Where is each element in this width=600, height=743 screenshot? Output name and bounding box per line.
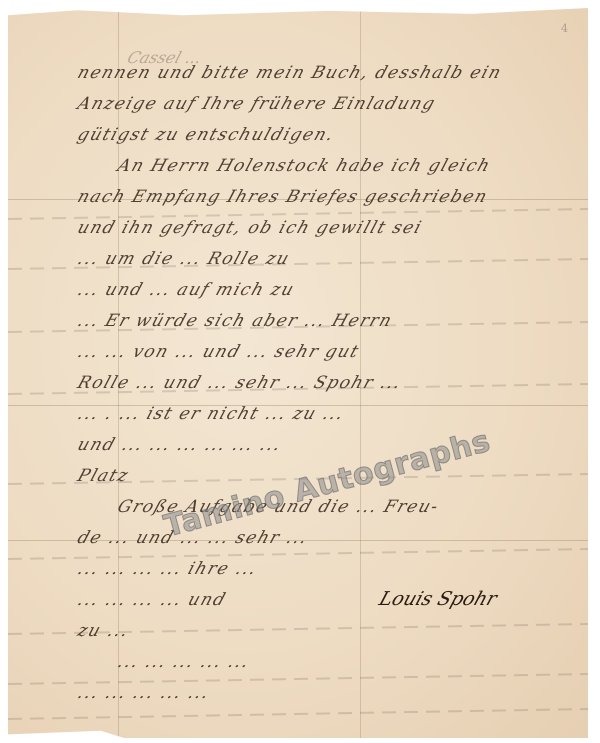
handwritten-line: und ihn gefragt, ob ich gewillt sei (73, 213, 563, 244)
handwritten-line: ... ... ... ... ... (73, 647, 563, 678)
handwritten-line: de ... und ... ... sehr ... (73, 523, 563, 554)
letter-body: nennen und bitte mein Buch, desshalb ein… (78, 58, 558, 709)
handwritten-line: An Herrn Holenstock habe ich gleich (73, 151, 563, 182)
handwritten-line: ... ... ... ... ihre ... (73, 554, 563, 585)
handwritten-line: zu ... (73, 616, 563, 647)
signature: Louis Spohr (376, 588, 499, 610)
handwritten-line: ... ... von ... und ... sehr gut (73, 337, 563, 368)
handwritten-line: Anzeige auf Ihre frühere Einladung (73, 89, 563, 120)
handwritten-line: ... . ... ist er nicht ... zu ... (73, 399, 563, 430)
handwritten-line: nach Empfang Ihres Briefes geschrieben (73, 182, 563, 213)
handwritten-line: nennen und bitte mein Buch, desshalb ein (73, 58, 563, 89)
corner-page-number: 4 (561, 22, 568, 35)
handwritten-line: ... um die ... Rolle zu (73, 244, 563, 275)
handwritten-line: gütigst zu entschuldigen. (73, 120, 563, 151)
handwritten-line: ... und ... auf mich zu (73, 275, 563, 306)
ink-bleed-through (8, 708, 588, 720)
handwritten-line: Rolle ... und ... sehr ... Spohr ... (73, 368, 563, 399)
handwritten-line: ... Er würde sich aber ... Herrn (73, 306, 563, 337)
handwritten-line: ... ... ... ... ... (73, 678, 563, 709)
